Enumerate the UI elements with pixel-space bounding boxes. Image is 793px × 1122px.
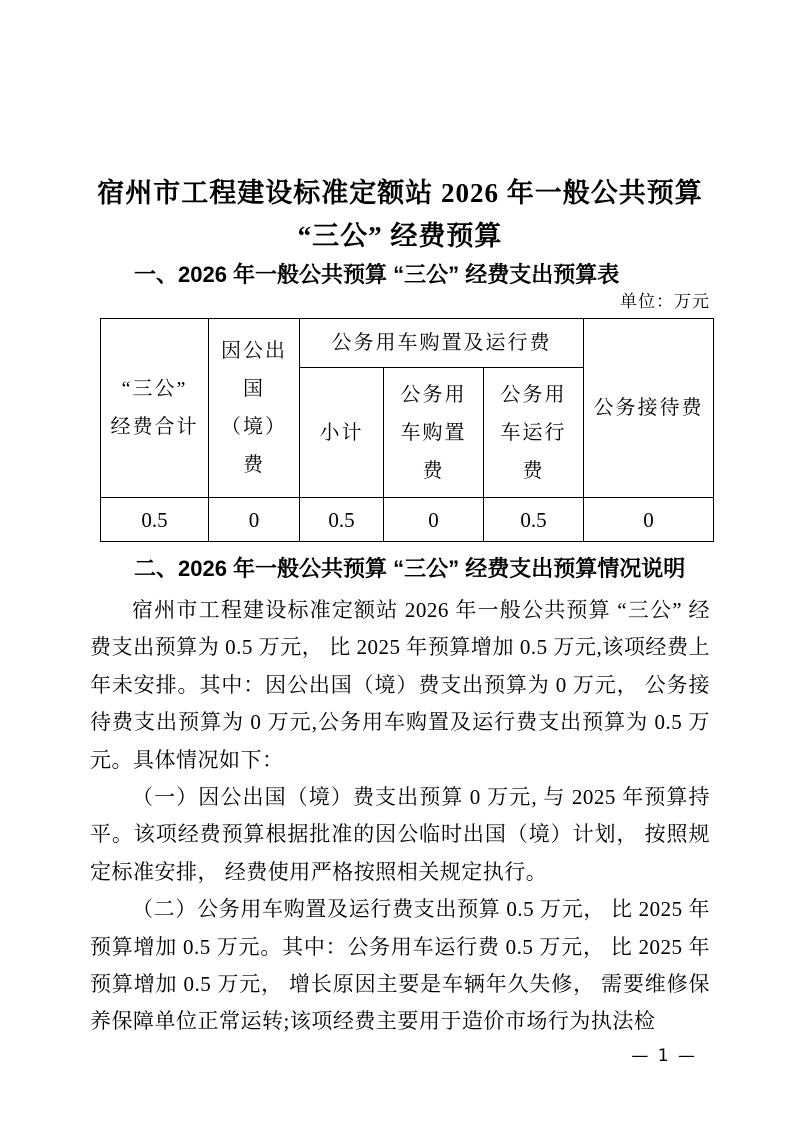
header-cell-total: “三公” 经费合计 xyxy=(101,319,209,498)
budget-table: “三公” 经费合计 因公出国（境）费 公务用车购置及运行费 公务接待费 小计 公… xyxy=(100,318,714,542)
header-cell-vehicle-group: 公务用车购置及运行费 xyxy=(300,319,584,368)
document-page: 宿州市工程建设标准定额站 2026 年一般公共预算 “三公” 经费预算 一、20… xyxy=(0,0,793,1122)
unit-note: 单位：万元 xyxy=(90,292,710,312)
value-cell-vehicle-operation: 0.5 xyxy=(484,498,584,542)
value-cell-reception: 0 xyxy=(584,498,714,542)
header-cell-vehicle-operation: 公务用车运行费 xyxy=(484,368,584,498)
header-cell-vehicle-purchase: 公务用车购置费 xyxy=(384,368,484,498)
value-cell-vehicle-subtotal: 0.5 xyxy=(300,498,384,542)
value-cell-abroad: 0 xyxy=(209,498,300,542)
table-values-row: 0.5 0 0.5 0 0.5 0 xyxy=(101,498,714,542)
value-cell-total: 0.5 xyxy=(101,498,209,542)
document-title: 宿州市工程建设标准定额站 2026 年一般公共预算 “三公” 经费预算 xyxy=(90,0,710,258)
paragraph-item-2: （二）公务用车购置及运行费支出预算 0.5 万元， 比 2025 年预算增加 0… xyxy=(90,891,710,1041)
section1-heading: 一、2026 年一般公共预算 “三公” 经费支出预算表 xyxy=(90,261,710,289)
page-number: — 1 — xyxy=(631,1046,697,1066)
paragraph-item-1: （一）因公出国（境）费支出预算 0 万元, 与 2025 年预算持平。该项经费预… xyxy=(90,779,710,891)
paragraph-overview: 宿州市工程建设标准定额站 2026 年一般公共预算 “三公” 经费支出预算为 0… xyxy=(90,592,710,779)
document-content: 宿州市工程建设标准定额站 2026 年一般公共预算 “三公” 经费预算 一、20… xyxy=(90,0,710,1041)
header-cell-abroad: 因公出国（境）费 xyxy=(209,319,300,498)
header-cell-reception: 公务接待费 xyxy=(584,319,714,498)
header-cell-vehicle-subtotal: 小计 xyxy=(300,368,384,498)
title-line-1: 宿州市工程建设标准定额站 2026 年一般公共预算 xyxy=(90,172,710,215)
table-header-row-1: “三公” 经费合计 因公出国（境）费 公务用车购置及运行费 公务接待费 xyxy=(101,319,714,368)
value-cell-vehicle-purchase: 0 xyxy=(384,498,484,542)
section2-heading: 二、2026 年一般公共预算 “三公” 经费支出预算情况说明 xyxy=(90,555,710,583)
title-line-2: “三公” 经费预算 xyxy=(90,215,710,258)
